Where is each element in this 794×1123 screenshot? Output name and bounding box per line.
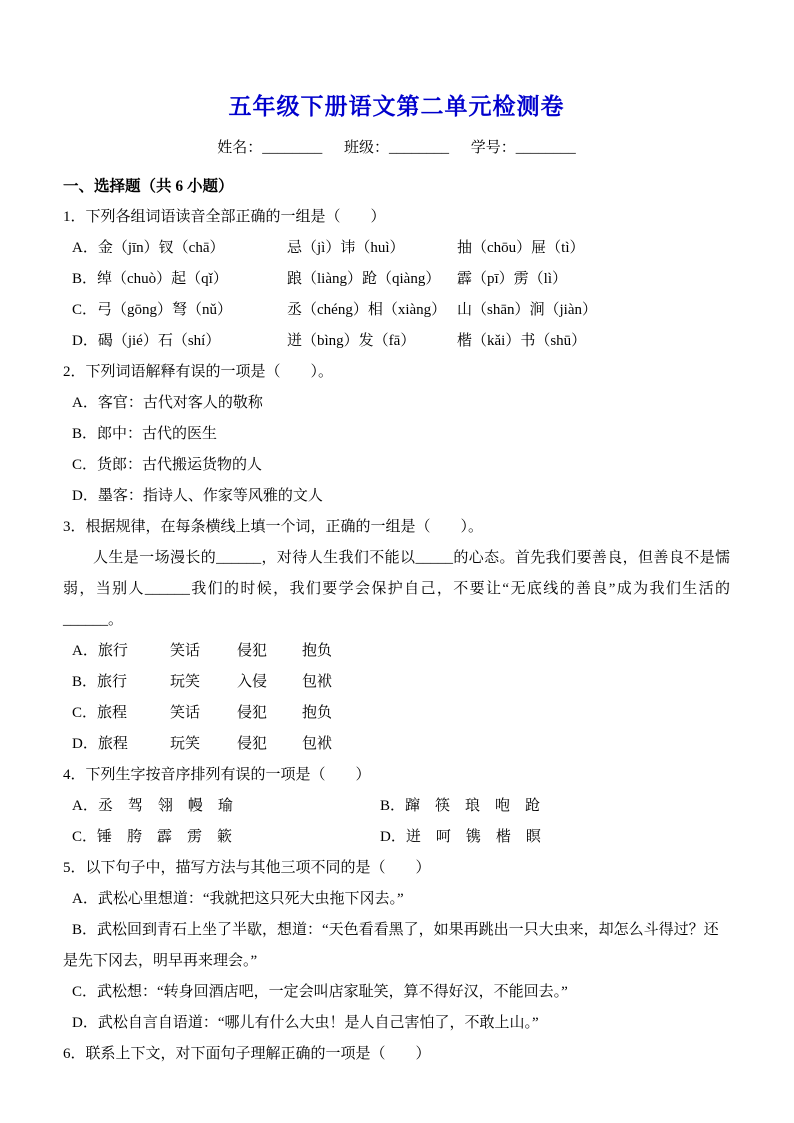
option-cell: 入侵 <box>237 667 302 698</box>
option-line: A．客官：古代对客人的敬称 <box>72 388 730 419</box>
option-cell: 忌（jì）讳（huì） <box>287 233 457 264</box>
student-info: 姓名：________ 班级：________ 学号：________ <box>63 137 730 159</box>
question-4-options: A．丞 驾 翎 幔 瑜 B．蹿 筷 琅 咆 跄 C．锤 胯 霹 雳 簌 D．迸 … <box>63 791 730 853</box>
question-4-stem: 4．下列生字按音序排列有误的一项是（ ） <box>63 760 730 791</box>
option-cell: 抱负 <box>302 636 730 667</box>
option-cell: 迸（bìng）发（fā） <box>287 326 457 357</box>
option-cell: A．金（jīn）钗（chā） <box>72 233 287 264</box>
option-cell: 侵犯 <box>237 636 302 667</box>
question-6-stem: 6．联系上下文，对下面句子理解正确的一项是（ ） <box>63 1039 730 1070</box>
option-line: B．郎中：古代的医生 <box>72 419 730 450</box>
question-2: 2．下列词语解释有误的一项是（ ）。 A．客官：古代对客人的敬称 B．郎中：古代… <box>63 357 730 512</box>
student-id-label: 学号： <box>471 140 516 156</box>
question-2-options: A．客官：古代对客人的敬称 B．郎中：古代的医生 C．货郎：古代搬运货物的人 D… <box>63 388 730 512</box>
question-3-passage: 人生是一场漫长的______，对待人生我们不能以_____的心态。首先我们要善良… <box>63 543 730 636</box>
student-id-blank: ________ <box>516 140 576 156</box>
question-3-stem: 3．根据规律，在每条横线上填一个词，正确的一组是（ ）。 <box>63 512 730 543</box>
option-line: D．武松自言自语道：“哪儿有什么大虫！是人自己害怕了，不敢上山。” <box>63 1008 730 1039</box>
name-blank: ________ <box>262 140 322 156</box>
question-2-stem: 2．下列词语解释有误的一项是（ ）。 <box>63 357 730 388</box>
option-line: B．武松回到青石上坐了半歇，想道：“天色看看黑了，如果再跳出一只大虫来，却怎么斗… <box>63 915 730 977</box>
option-cell: B．旅行 <box>72 667 170 698</box>
option-cell: 笑话 <box>170 698 237 729</box>
page-title: 五年级下册语文第二单元检测卷 <box>63 88 730 121</box>
class-label: 班级： <box>344 140 389 156</box>
question-3: 3．根据规律，在每条横线上填一个词，正确的一组是（ ）。 人生是一场漫长的___… <box>63 512 730 760</box>
option-cell: D．迸 呵 镌 楷 瞑 <box>380 822 730 853</box>
option-cell: D．旅程 <box>72 729 170 760</box>
option-cell: C．锤 胯 霹 雳 簌 <box>72 822 380 853</box>
name-field: 姓名：________ <box>217 140 322 156</box>
option-cell: 山（shān）涧（jiàn） <box>457 295 730 326</box>
option-cell: 包袱 <box>302 729 730 760</box>
question-5: 5．以下句子中，描写方法与其他三项不同的是（ ） A．武松心里想道：“我就把这只… <box>63 853 730 1039</box>
option-cell: 抽（chōu）屉（tì） <box>457 233 730 264</box>
option-line: D．墨客：指诗人、作家等风雅的文人 <box>72 481 730 512</box>
question-4: 4．下列生字按音序排列有误的一项是（ ） A．丞 驾 翎 幔 瑜 B．蹿 筷 琅… <box>63 760 730 853</box>
class-blank: ________ <box>389 140 449 156</box>
option-cell: B．蹿 筷 琅 咆 跄 <box>380 791 730 822</box>
option-cell: 楷（kǎi）书（shū） <box>457 326 730 357</box>
question-1: 1．下列各组词语读音全部正确的一组是（ ） A．金（jīn）钗（chā） 忌（j… <box>63 202 730 357</box>
option-cell: D．碣（jié）石（shí） <box>72 326 287 357</box>
option-cell: C．旅程 <box>72 698 170 729</box>
question-1-stem: 1．下列各组词语读音全部正确的一组是（ ） <box>63 202 730 233</box>
question-5-stem: 5．以下句子中，描写方法与其他三项不同的是（ ） <box>63 853 730 884</box>
student-id-field: 学号：________ <box>471 140 576 156</box>
option-cell: A．旅行 <box>72 636 170 667</box>
option-cell: 踉（liàng）跄（qiàng） <box>287 264 457 295</box>
section-heading: 一、选择题（共 6 小题） <box>63 171 730 202</box>
name-label: 姓名： <box>217 140 262 156</box>
option-cell: 霹（pī）雳（lì） <box>457 264 730 295</box>
option-line: C．货郎：古代搬运货物的人 <box>72 450 730 481</box>
option-cell: 丞（chéng）相（xiàng） <box>287 295 457 326</box>
document-page: 五年级下册语文第二单元检测卷 姓名：________ 班级：________ 学… <box>0 0 794 1123</box>
option-cell: 侵犯 <box>237 729 302 760</box>
option-cell: B．绰（chuò）起（qǐ） <box>72 264 287 295</box>
option-cell: 抱负 <box>302 698 730 729</box>
question-3-options: A．旅行 笑话 侵犯 抱负 B．旅行 玩笑 入侵 包袱 C．旅程 笑话 侵犯 抱… <box>63 636 730 760</box>
option-line: C．武松想：“转身回酒店吧，一定会叫店家耻笑，算不得好汉，不能回去。” <box>63 977 730 1008</box>
class-field: 班级：________ <box>344 140 449 156</box>
option-cell: 玩笑 <box>170 729 237 760</box>
option-cell: C．弓（gōng）弩（nǔ） <box>72 295 287 326</box>
option-cell: 玩笑 <box>170 667 237 698</box>
question-5-options: A．武松心里想道：“我就把这只死大虫拖下冈去。” B．武松回到青石上坐了半歇，想… <box>63 884 730 1039</box>
option-cell: A．丞 驾 翎 幔 瑜 <box>72 791 380 822</box>
question-1-options: A．金（jīn）钗（chā） 忌（jì）讳（huì） 抽（chōu）屉（tì） … <box>63 233 730 357</box>
question-6: 6．联系上下文，对下面句子理解正确的一项是（ ） <box>63 1039 730 1070</box>
option-cell: 包袱 <box>302 667 730 698</box>
option-cell: 笑话 <box>170 636 237 667</box>
option-line: A．武松心里想道：“我就把这只死大虫拖下冈去。” <box>63 884 730 915</box>
option-cell: 侵犯 <box>237 698 302 729</box>
